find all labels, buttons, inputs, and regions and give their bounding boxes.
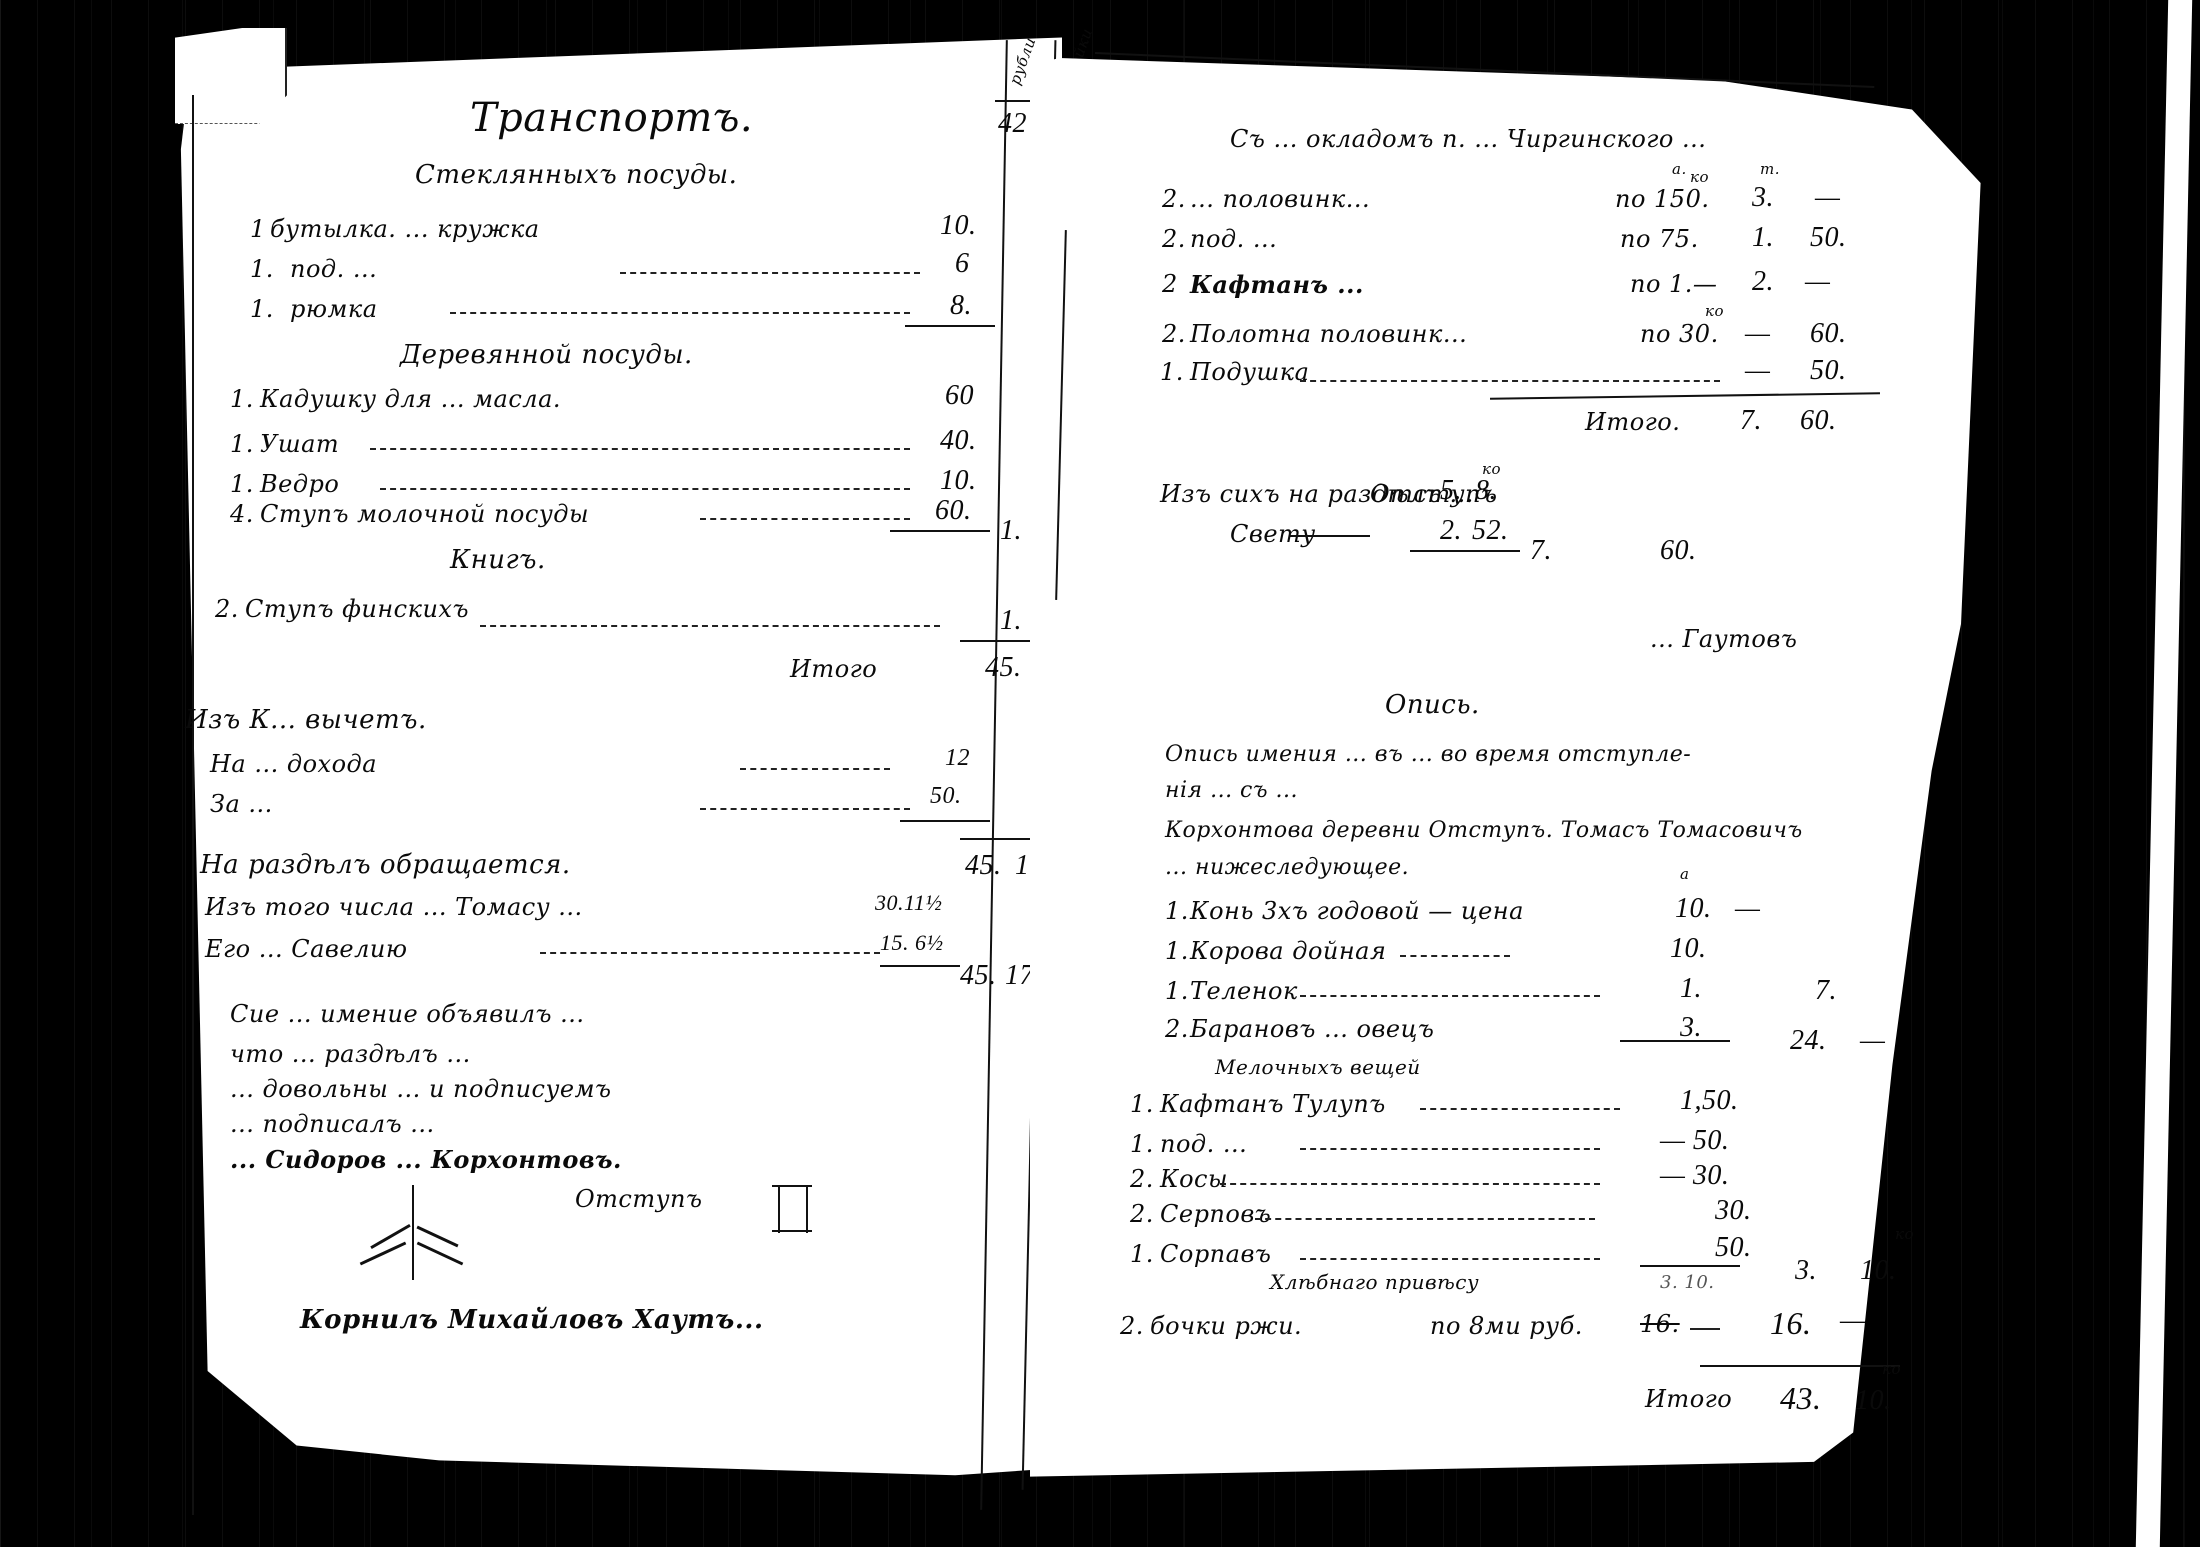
section-heading-woodenware: Деревянной посуды.: [400, 340, 693, 370]
right-section-heading-clothes: Съ ... окладомъ п. ... Чиргинского ...: [1230, 125, 1706, 153]
grain-heading: Хлѣбнаго привѣсу: [1270, 1270, 1479, 1294]
final-signature: Корнилъ Михайловъ Хаутъ...: [300, 1305, 764, 1335]
box-mark: [778, 1185, 808, 1233]
deductions-heading: Изъ К... вычетъ.: [185, 705, 427, 735]
carried-rubles: 42: [998, 108, 1027, 140]
clothes-distribution-total-kopecks: 60.: [1660, 535, 1697, 567]
declaration-line-4: ... подписалъ ...: [230, 1110, 435, 1138]
declaration-line-1: Сие ... имение объявилъ ...: [230, 1000, 585, 1028]
clothes-signature: ... Гаутовъ: [1650, 625, 1797, 653]
inventory-subtotal-kopecks: —: [1860, 1025, 1885, 1057]
distribution-heading: На раздѣлъ обращается.: [200, 850, 571, 880]
clothes-total-kopecks: 60.: [1800, 405, 1837, 437]
small-items-subtotal-kopecks: 10.: [1860, 1255, 1897, 1287]
grain-heading-amount: 3. 10.: [1660, 1272, 1715, 1293]
inventory-paragraph-1: Опись имения ... въ ... во время отступл…: [1165, 742, 1691, 767]
section-heading-books: Книгъ.: [450, 545, 546, 575]
clothes-total-label: Итого.: [1585, 408, 1680, 436]
struck-amount: 16.: [1640, 1310, 1680, 1338]
grand-total-kopecks: 10.: [1855, 1385, 1892, 1417]
section-heading-glassware: Стеклянныхъ посуды.: [415, 160, 737, 190]
subtotal-woodenware-rubles: 1.: [1000, 515, 1022, 547]
inventory-paragraph-2: нія ... съ ...: [1165, 778, 1298, 803]
inventory-subtotal-rubles: 24.: [1790, 1025, 1827, 1057]
inventory-side-note: 7.: [1815, 975, 1837, 1007]
signature-label: Отступъ: [575, 1185, 703, 1213]
declaration-line-3: ... довольны ... и подписуемъ: [230, 1075, 612, 1103]
subtotal-books-rubles: 1.: [1000, 605, 1022, 637]
grand-total-rubles: 43.: [1780, 1380, 1822, 1417]
small-items-subtotal-rubles: 3.: [1795, 1255, 1817, 1287]
declaration-line-2: что ... раздѣлъ ...: [230, 1040, 471, 1068]
small-items-heading: Мелочныхъ вещей: [1215, 1055, 1421, 1079]
inventory-heading: Опись.: [1385, 690, 1480, 720]
grand-total-label: Итого: [1645, 1385, 1732, 1413]
inventory-paragraph-4: ... нижеследующее.: [1165, 855, 1409, 880]
declaration-line-5: ... Сидоров ... Корхонтовъ.: [230, 1145, 622, 1174]
page-title: Транспортъ.: [470, 95, 753, 141]
left-margin-rule: [192, 95, 194, 1515]
clothes-distribution-total-rubles: 7.: [1530, 535, 1552, 567]
clothes-total-rubles: 7.: [1740, 405, 1762, 437]
total-label: Итого: [790, 655, 877, 683]
check-total-rubles: 45.: [960, 960, 997, 992]
total-rubles: 45.: [985, 652, 1022, 684]
distribution-rubles: 45.: [965, 850, 1002, 882]
inventory-paragraph-3: Корхонтова деревни Отступъ. Томасъ Томас…: [1165, 818, 1803, 843]
